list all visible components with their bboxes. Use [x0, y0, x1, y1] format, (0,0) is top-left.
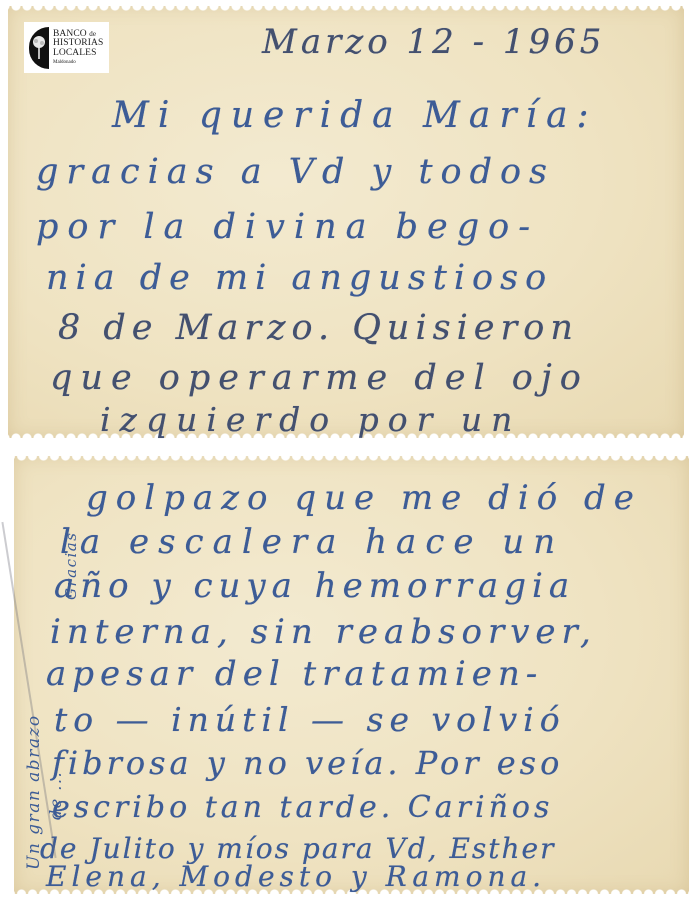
letter-line: Mi querida María: [112, 95, 598, 136]
letter-line: por la divina bego- [36, 207, 539, 247]
letter-line: to — inútil — se volvió [54, 700, 566, 739]
margin-note: Un gran abrazo [24, 714, 44, 870]
margin-note: Gracias [62, 532, 80, 600]
tree-icon [29, 27, 49, 69]
letter-line: izquierdo por un [100, 400, 521, 439]
letter-line: la escalera hace un [60, 522, 564, 562]
letter-line: 8 de Marzo. Quisieron [58, 308, 579, 348]
letter-line: año y cuya hemorragia [54, 566, 575, 606]
logo-place: Maldonado [53, 60, 103, 65]
letter-line: gracias a Vd y todos [36, 152, 555, 192]
letter-date: Marzo 12 - 1965 [262, 22, 605, 62]
letter-line: Elena, Modesto y Ramona. [46, 860, 546, 893]
margin-note: de ... [46, 771, 65, 820]
banco-historias-locales-logo: BANCO de HISTORIAS LOCALES Maldonado [24, 22, 109, 73]
letter-line: golpazo que me dió de [86, 478, 642, 518]
letter-line: interna, sin reabsorver, [50, 612, 597, 652]
letter-line: escribo tan tarde. Cariños [52, 790, 553, 825]
letter-line: fibrosa y no veía. Por eso [52, 744, 563, 782]
logo-line-3: LOCALES [53, 49, 103, 59]
letter-line: nia de mi angustioso [46, 258, 553, 298]
letter-line: que operarme del ojo [50, 358, 589, 398]
letter-line: apesar del tratamien- [46, 654, 543, 694]
